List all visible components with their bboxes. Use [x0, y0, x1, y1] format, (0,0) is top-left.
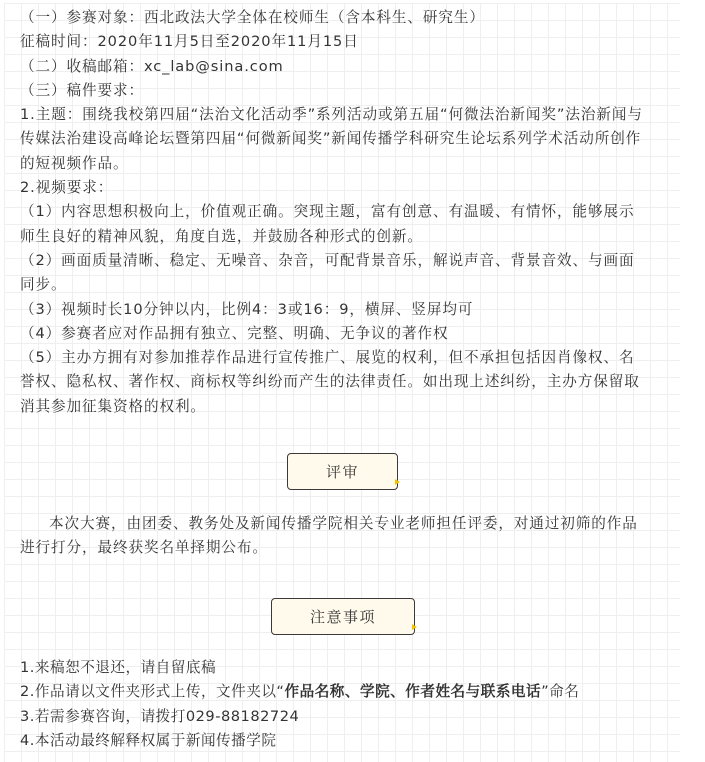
- participants-line: （一）参赛对象：西北政法大学全体在校师生（含本科生、研究生）: [20, 6, 670, 30]
- note-item: 3.若需参赛咨询，请拨打029-88182724: [20, 705, 670, 729]
- arrow-marker-icon: [395, 479, 400, 485]
- notes-title-text: 注意事项: [310, 606, 376, 627]
- judging-paragraph: 本次大赛，由团委、教务处及新闻传播学院相关专业老师担任评委，对通过初筛的作品 进…: [20, 512, 670, 561]
- judging-section-title: 评审: [287, 453, 398, 490]
- video-requirements-heading: 2.视频要求：: [20, 176, 670, 200]
- note-item: 1.来稿恕不退还，请自留底稿: [20, 656, 670, 680]
- contest-details: （一）参赛对象：西北政法大学全体在校师生（含本科生、研究生） 征稿时间：2020…: [20, 6, 670, 419]
- submission-email-line: （二）收稿邮箱：xc_lab@sina.com: [20, 55, 670, 79]
- note-item: 2.作品请以文件夹形式上传，文件夹以“作品名称、学院、作者姓名与联系电话”命名: [20, 680, 670, 704]
- requirements-heading: （三）稿件要求：: [20, 79, 670, 103]
- theme-line-1: 1.主题：围绕我校第四届“法治文化活动季”系列活动或第五届“何微法治新闻奖”法治…: [20, 103, 670, 127]
- video-req-line: 消其参加征集资格的权利。: [20, 395, 670, 419]
- note-item-2-suffix: ”命名: [541, 683, 579, 700]
- video-req-line: （4）参赛者应对作品拥有独立、完整、明确、无争议的著作权: [20, 322, 670, 346]
- note-item-2-prefix: 2.作品请以文件夹形式上传，文件夹以“: [20, 683, 285, 700]
- theme-line-3: 的短视频作品。: [20, 152, 670, 176]
- note-item-2-bold: 作品名称、学院、作者姓名与联系电话: [285, 683, 542, 700]
- video-req-line: 誉权、隐私权、著作权、商标权等纠纷而产生的法律责任。如出现上述纠纷，主办方保留取: [20, 370, 670, 394]
- video-req-line: （3）视频时长10分钟以内，比例4：3或16：9，横屏、竖屏均可: [20, 298, 670, 322]
- arrow-marker-icon: [412, 624, 417, 630]
- theme-line-2: 传媒法治建设高峰论坛暨第四届“何微新闻奖”新闻传播学科研究生论坛系列学术活动所创…: [20, 127, 670, 151]
- judging-title-text: 评审: [326, 461, 359, 482]
- video-req-line: （2）画面质量清晰、稳定、无噪音、杂音，可配背景音乐，解说声音、背景音效、与画面: [20, 249, 670, 273]
- judging-line-2: 进行打分，最终获奖名单择期公布。: [20, 536, 670, 560]
- notes-list: 1.来稿恕不退还，请自留底稿 2.作品请以文件夹形式上传，文件夹以“作品名称、学…: [20, 656, 670, 753]
- video-req-line: 师生良好的精神风貌，角度自选，并鼓励各种形式的创新。: [20, 225, 670, 249]
- judging-line-1: 本次大赛，由团委、教务处及新闻传播学院相关专业老师担任评委，对通过初筛的作品: [20, 512, 670, 536]
- notes-section-title: 注意事项: [271, 598, 415, 635]
- video-req-line: （5）主办方拥有对参加推荐作品进行宣传推广、展览的权利，但不承担包括因肖像权、名: [20, 346, 670, 370]
- note-item: 4.本活动最终解释权属于新闻传播学院: [20, 729, 670, 753]
- video-req-line: 同步。: [20, 273, 670, 297]
- submission-period-line: 征稿时间：2020年11月5日至2020年11月15日: [20, 30, 670, 54]
- video-req-line: （1）内容思想积极向上，价值观正确。突现主题，富有创意、有温暖、有情怀，能够展示: [20, 200, 670, 224]
